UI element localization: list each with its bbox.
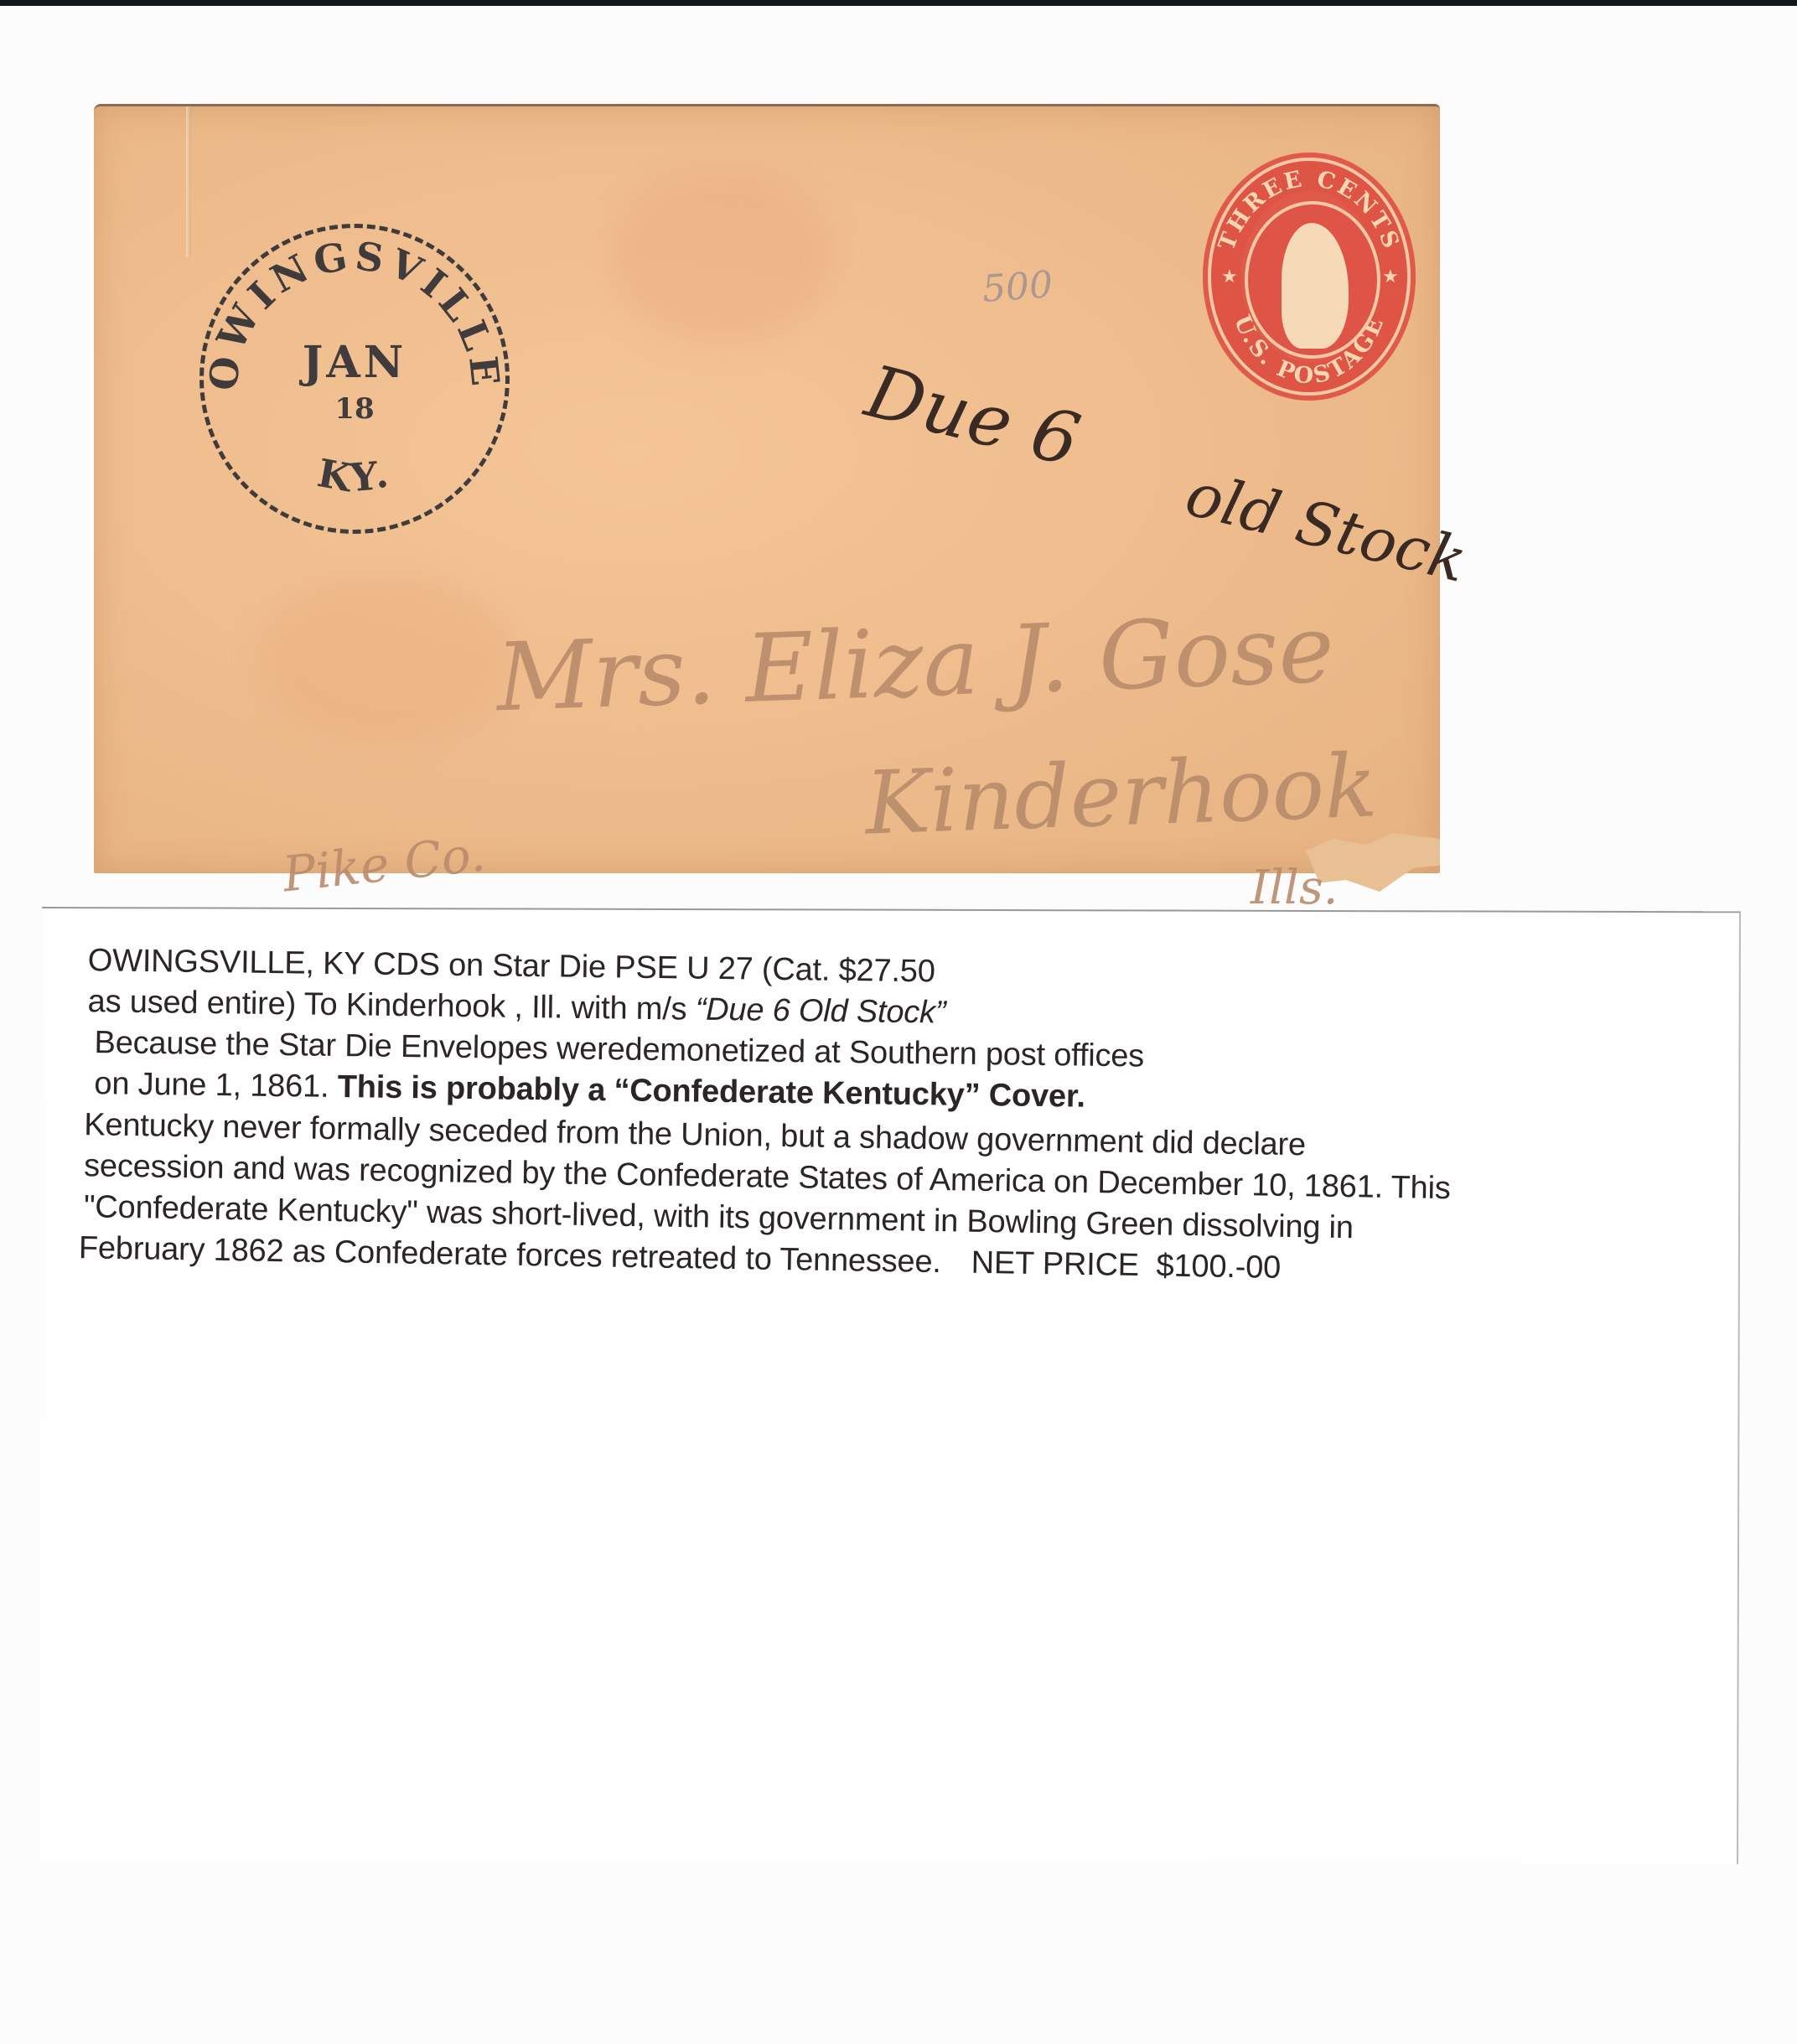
washington-bust-icon [1282, 223, 1349, 349]
star-icon: ★ [1221, 266, 1238, 287]
three-cent-star-die-indicia: THREE CENTS U.S. POSTAGE ★ ★ [1203, 153, 1416, 401]
address-county: Pike Co. [280, 825, 488, 903]
paper-stain [262, 576, 513, 743]
manuscript-old-stock-marking: old Stock [1179, 458, 1473, 596]
price-label: NET PRICE [971, 1245, 1139, 1283]
address-state: Ills. [1251, 861, 1338, 915]
svg-text:KY.: KY. [314, 450, 396, 501]
paper-crease [186, 106, 191, 257]
postmark-day: 18 [204, 392, 505, 426]
price-value: $100.-00 [1156, 1248, 1281, 1285]
desc-text: as used entire) To Kinderhook , Ill. wit… [87, 984, 696, 1027]
desc-emphasis: This is probably a “Confederate Kentucky… [337, 1069, 1085, 1115]
address-addressee: Mrs. Eliza J. Gose [495, 595, 1336, 733]
scanner-top-edge [0, 0, 1797, 6]
owingsville-cds-postmark: OWINGSVILLE KY. JAN 18 [199, 224, 510, 534]
manuscript-quote: “Due 6 Old Stock” [695, 992, 945, 1031]
album-page: 500 Due 6 old Stock Mrs. Eliza J. Gose K… [0, 6, 1797, 2044]
star-icon: ★ [1382, 266, 1399, 287]
address-town: Kinderhook [863, 734, 1379, 854]
pencil-notation: 500 [981, 263, 1054, 311]
postmark-month: JAN [204, 337, 505, 388]
indicia-medallion [1245, 201, 1380, 359]
desc-text: on June 1, 1861. [94, 1066, 338, 1105]
description-card: OWINGSVILLE, KY CDS on Star Die PSE U 27… [39, 907, 1741, 1864]
description-text: OWINGSVILLE, KY CDS on Star Die PSE U 27… [87, 940, 1731, 1273]
paper-stain [614, 173, 831, 341]
manuscript-due-marking: Due 6 [858, 349, 1088, 483]
